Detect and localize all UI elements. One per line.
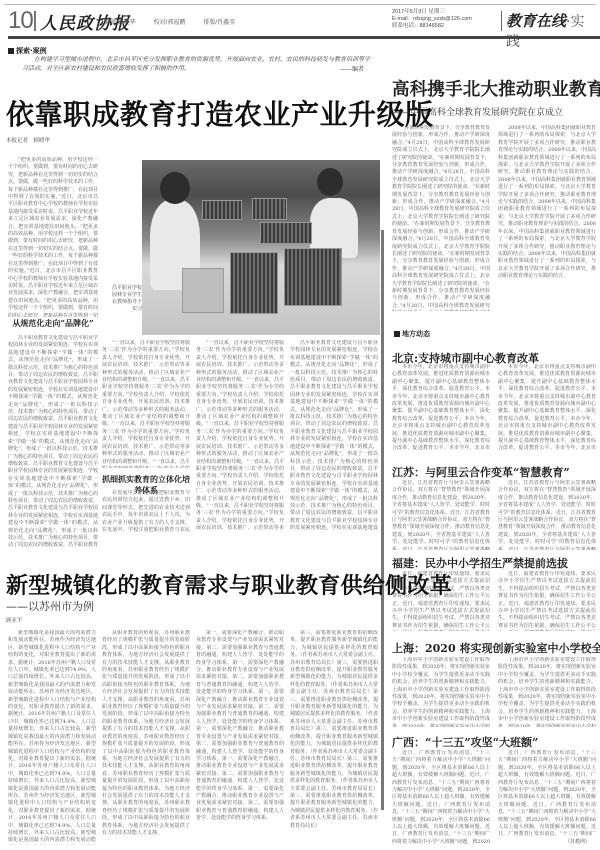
article-column: 第一，需要深化产教融合，推动职业教育专业设置与产业发展需求紧密对接。第二，需要加… xyxy=(196,630,284,845)
local-news-tag: 地方动态 xyxy=(394,329,430,339)
issue-info: 2017年5月3日 星期三 E-mail：rdxsjng_xzsb@126.co… xyxy=(392,9,472,30)
feature-byline: 本报记者 顾晓华 xyxy=(6,136,50,144)
local-news-body: 近日，广西教育厅发布消息，“十三五”期间广西将着力解决中小学“大班额”问题，到2… xyxy=(392,750,490,844)
column-divider xyxy=(381,230,384,810)
editor-credit: 编辑/顾晓华 xyxy=(104,17,136,26)
photo-figure xyxy=(317,168,343,196)
editor-credits: 编辑/顾晓华 校对/郭福鹏 排版/肖鑫莹 xyxy=(104,17,235,26)
local-news-headline: 江苏：与阿里云合作变革“智慧教育” xyxy=(392,464,596,480)
photo-caption: 昌平职业学校园林专业学生在教师指导下实习 xyxy=(112,285,142,313)
local-news-headline: 上海：2020 将实现创新实验室中小学校全覆盖 xyxy=(392,640,596,656)
masthead-rule xyxy=(8,36,600,39)
article-column: 2008年以来，中国高科集团就职业教育领域进行了一系列的布局探索，与北京大学教育… xyxy=(498,125,596,311)
local-news-body: 上海市中小学创新实验室建设工作取得阶段性成果，到2020年，将实现创新实验室中小… xyxy=(498,657,596,727)
article-column: 昌平职业教育文化建设与昌平职业学校园林专业的发展紧密相连，学校在实训基地建设中不… xyxy=(290,340,378,530)
news-source: （苏教网） xyxy=(565,838,590,845)
right-article-subtitle: ——中国高科全球教育发展研究院在京成立 xyxy=(392,105,596,118)
local-news-headline: 广西：“十三五”攻坚“大班额” xyxy=(392,734,596,750)
local-news-body: 上海市中小学创新实验室建设工作取得阶段性成果，到2020年，将实现创新实验室中小… xyxy=(392,657,490,727)
local-news-item: 上海：2020 将实现创新实验室中小学校全覆盖 xyxy=(392,640,596,656)
divider xyxy=(34,11,36,31)
layout-credit: 排版/肖鑫莹 xyxy=(203,17,235,26)
article-column-group: 从规范化走向“品牌化” 昌平职业教育文化建设与昌平职业学校园林专业的发展紧密相连… xyxy=(8,318,98,547)
article-column: “把更多的高效品种，用学校这样一个个组织，要做到，要有时间的用心去研究，把新品种… xyxy=(8,157,98,317)
local-news-item: 江苏：与阿里云合作变革“智慧教育” xyxy=(392,464,596,480)
local-news-body: 本市今年，北京市将重点支持城市副中心教育改革发展，推进优质教育资源向城市副中心聚… xyxy=(498,364,596,452)
article-column: “一直以来，昌平职业学校坚持将服务‘三农’作为办学的重要方向。”学校负责人介绍，… xyxy=(196,340,284,530)
local-news-body: 近日，江苏省教育厅与阿里云签署战略合作协议，双方将在“智慧教育”领域开展深度合作… xyxy=(392,480,490,550)
feature-headline: 依靠职成教育打造农业产业升级版 xyxy=(6,93,434,133)
proofreader-credit: 校对/郭福鹏 xyxy=(154,17,186,26)
contact-email: E-mail：rdxsjng_xzsb@126.com xyxy=(392,16,472,23)
seedling-tray xyxy=(260,222,312,244)
second-article-byline: 顾亚平 xyxy=(6,616,23,624)
seedling-tray xyxy=(202,200,242,220)
local-news-body: 近日，福建省教育厅印发通知，要求民办中小学招生严禁以考试选拔方式提前招生，不得提… xyxy=(498,571,596,631)
second-article-headline: 新型城镇化的教育需求与职业教育供给侧改革 xyxy=(6,569,452,600)
article-column: “一直以来，昌平职业学校坚持将服务‘三农’作为办学的重要方向。”学校负责人介绍，… xyxy=(102,340,190,468)
article-column: “在新时期发展背景下，分享教育教育发展经验与创新，形成合作，推动产学研深度融合。… xyxy=(392,125,490,311)
page-number: 10 xyxy=(8,7,33,35)
second-article-subtitle: ——以苏州市为例 xyxy=(6,598,94,614)
local-news-item: 广西：“十三五”攻坚“大班额” xyxy=(392,734,596,750)
divider xyxy=(501,11,502,31)
section-name: 教育在线 xyxy=(506,12,566,30)
issue-date: 2017年5月3日 星期三 xyxy=(392,9,472,16)
section-title: 教育在线·实践 xyxy=(506,10,596,51)
local-news-body: 近日，江苏省教育厅与阿里云签署战略合作协议，双方将在“智慧教育”领域开展深度合作… xyxy=(498,480,596,550)
seedling-tray xyxy=(284,248,342,306)
right-article-headline: 高科携手北大推动职业教育现代化 xyxy=(392,76,596,101)
article-column: 在发展中，学校注重把职业教育与农民培训结合起来，通过送教下乡、田间课堂等形式，把… xyxy=(102,490,190,532)
contact-phone: 联系电话：88146582 xyxy=(392,23,472,30)
lead-paragraph: 在构建学习型城市进程中，北京市昌平区充分发挥职业教育的资源优势，开展面向农业、农… xyxy=(22,55,372,73)
lead-signature: ——编者 xyxy=(340,64,372,73)
photo-figure xyxy=(160,172,190,204)
masthead: 10 人民政协报 编辑/顾晓华 校对/郭福鹏 排版/肖鑫莹 2017年5月3日 … xyxy=(4,4,596,34)
article-column: 昌平职业教育文化建设与昌平职业学校园林专业的发展紧密相连，学校在实训基地建设中不… xyxy=(8,335,98,547)
seedling-tray xyxy=(182,268,224,313)
local-news-body: 本市今年，北京市将重点支持城市副中心教育改革发展，推进优质教育资源向城市副中心聚… xyxy=(392,364,490,452)
article-column: 新型城镇化是我国最大的内需潜力和发展动能所在。苏州作为经济发达地区，新型城镇化进… xyxy=(8,630,96,845)
article-column: 从职业教育的角度看，苏州职业教育经历了规模扩张与质量提升的发展阶段，形成了以中高… xyxy=(102,630,190,845)
seedling-tray xyxy=(252,198,287,220)
article-photo xyxy=(142,160,380,335)
article-column: 第三，需要推进职业教育供给侧改革，提升职业教育服务新型城镇化的能力，为城镇居民提… xyxy=(290,630,378,845)
local-news-body: 近日，广西教育厅发布消息，“十三五”期间广西将着力解决中小学“大班额”问题，到2… xyxy=(498,750,596,836)
right-article: 高科携手北大推动职业教育现代化 ——中国高科全球教育发展研究院在京成立 xyxy=(392,76,596,118)
seedling-tray xyxy=(230,252,278,314)
article-subhead: 从规范化走向“品牌化” xyxy=(8,318,98,329)
